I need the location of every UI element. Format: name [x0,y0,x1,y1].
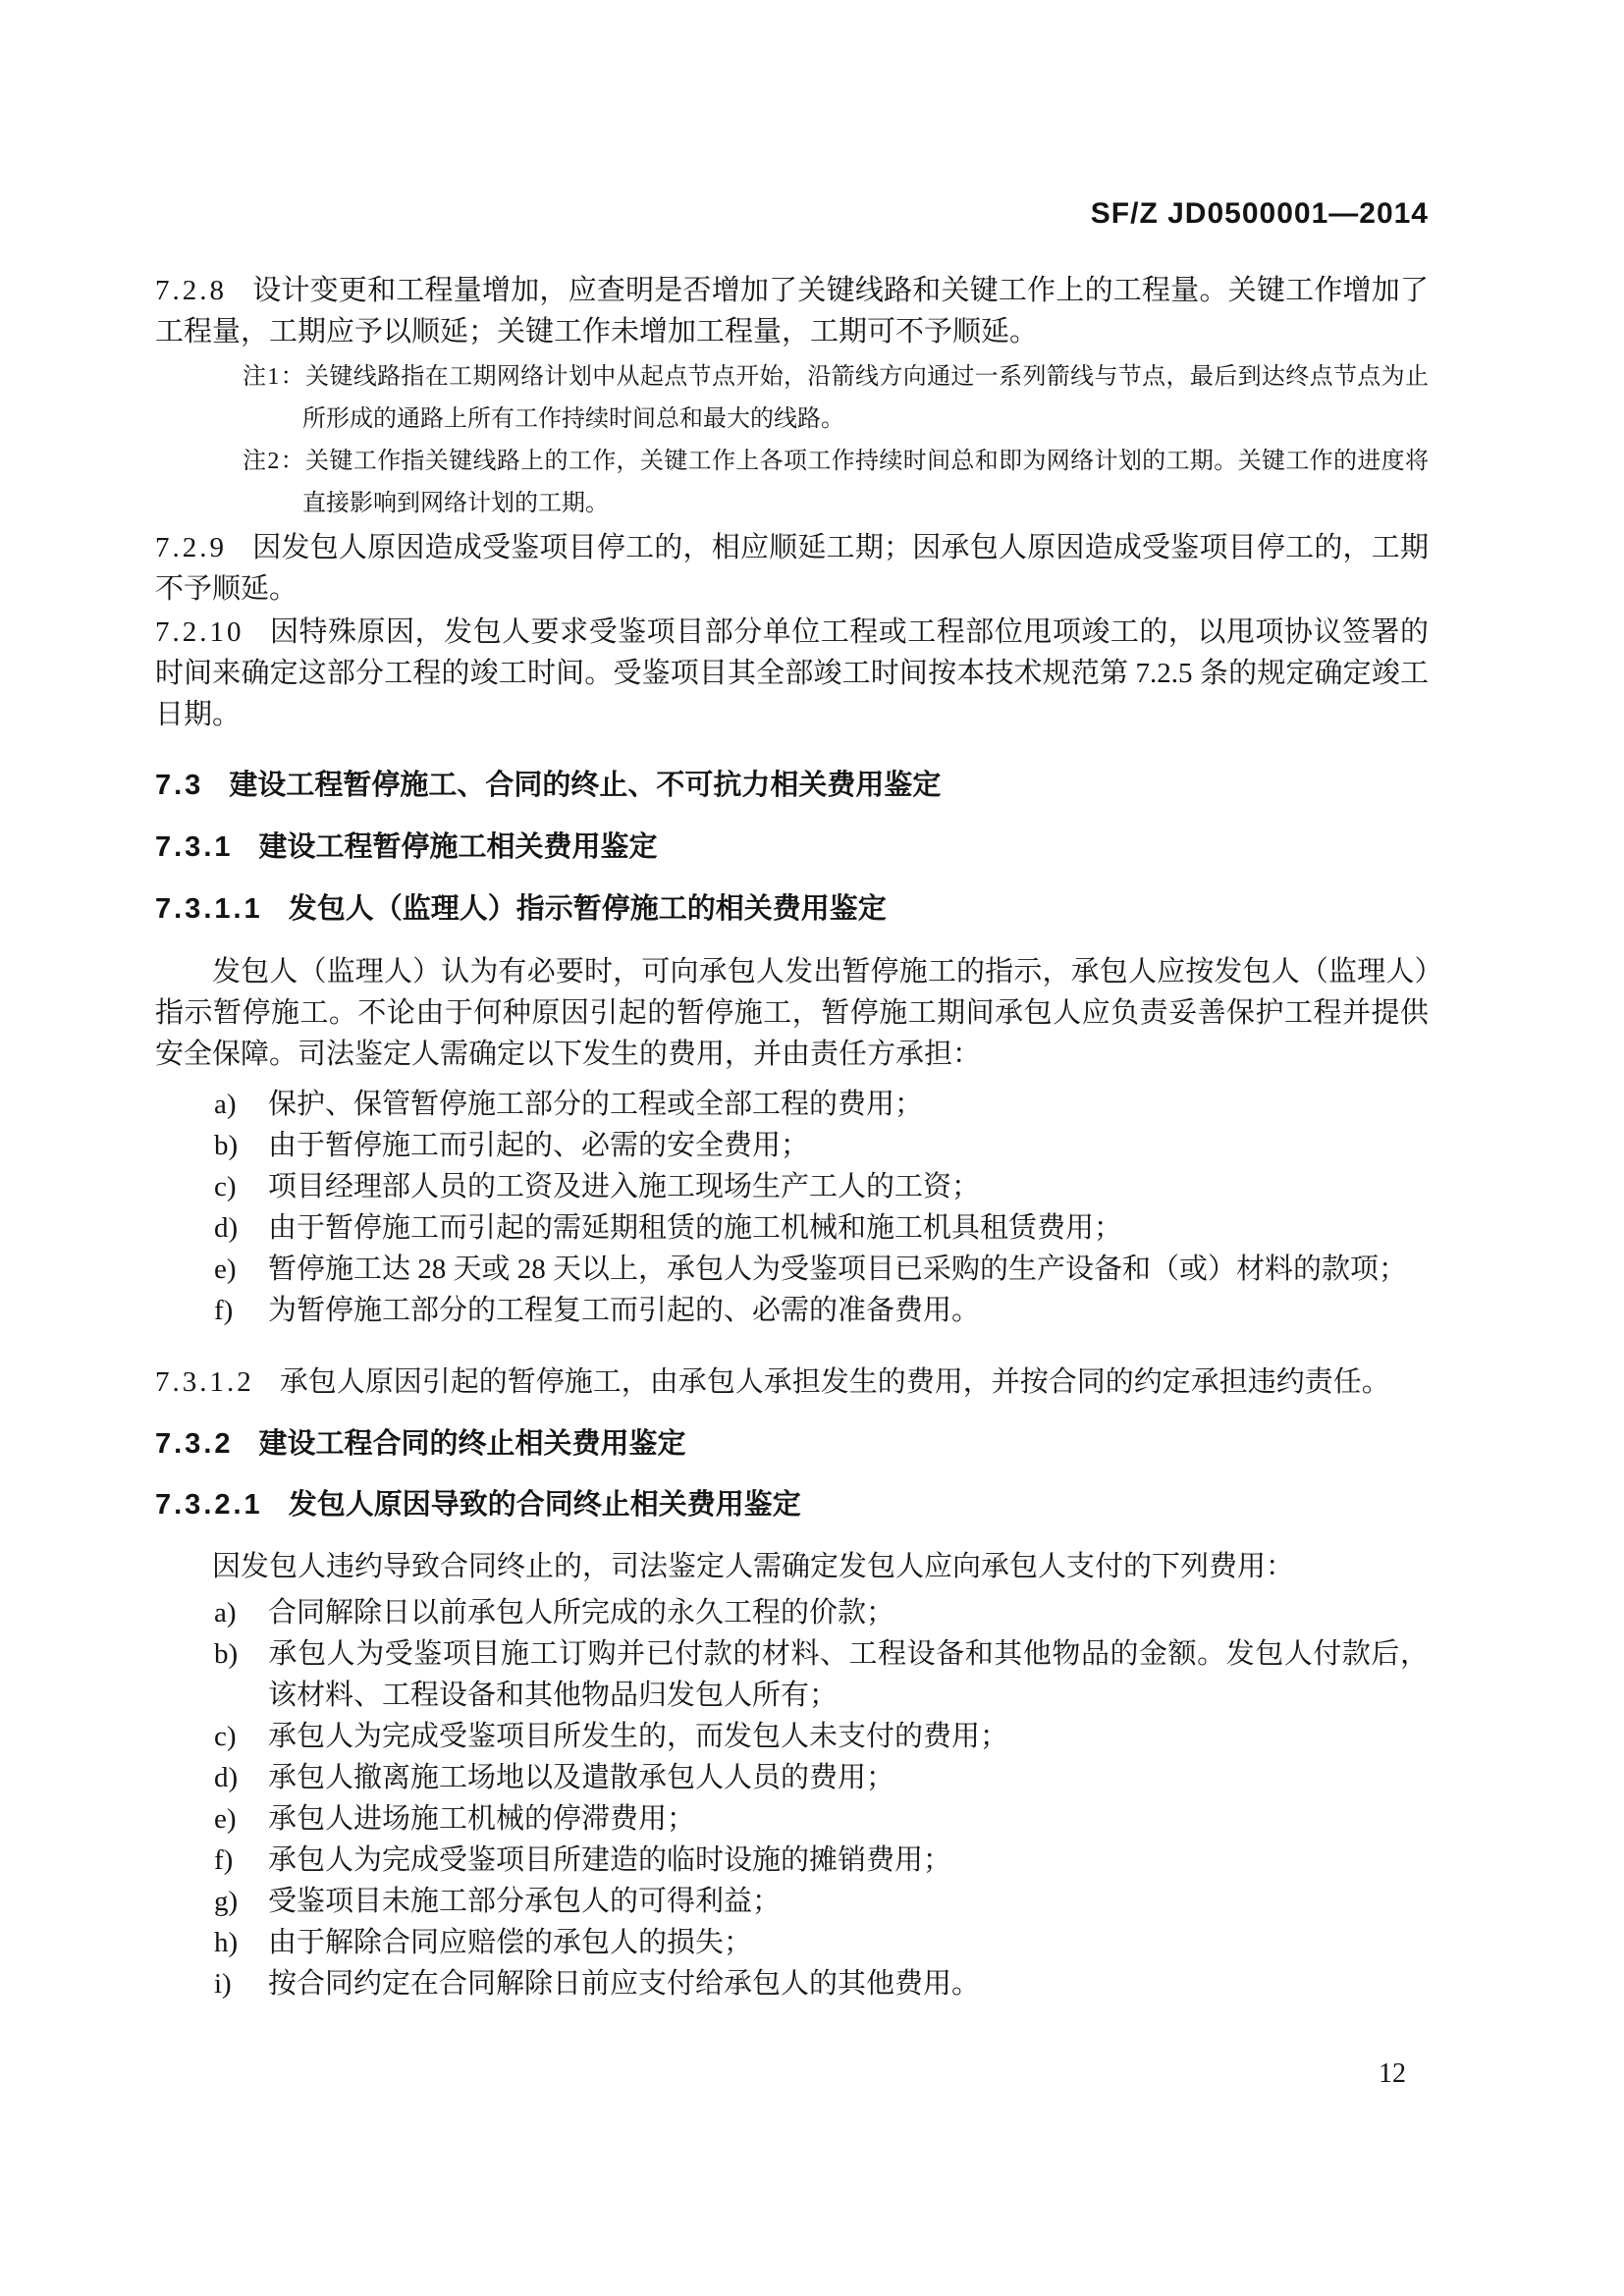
list-item-label: a) [214,1592,268,1633]
clause-number: 7.2.8 [155,275,227,306]
fee-list-termination: a)合同解除日以前承包人所完成的永久工程的价款； b)承包人为受鉴项目施工订购并… [155,1592,1429,2004]
heading-number: 7.3.2.1 [155,1489,263,1521]
paragraph-7-3-2-1: 因发包人违约导致合同终止的，司法鉴定人需确定发包人应向承包人支付的下列费用： [155,1546,1429,1587]
list-item: a)合同解除日以前承包人所完成的永久工程的价款； [155,1592,1429,1633]
list-item: b)由于暂停施工而引起的、必需的安全费用； [155,1125,1429,1166]
page-number: 12 [1363,2057,1422,2091]
list-item-label: d) [214,1207,268,1249]
list-item-text: 按合同约定在合同解除日前应支付给承包人的其他费用。 [268,1968,980,2000]
paragraph-7-3-1-1: 发包人（监理人）认为有必要时，可向承包人发出暂停施工的指示，承包人应按发包人（监… [155,951,1429,1075]
clause-7-2-9: 7.2.9因发包人原因造成受鉴项目停工的，相应顺延工期；因承包人原因造成受鉴项目… [155,527,1429,610]
list-item: c)承包人为完成受鉴项目所发生的，而发包人未支付的费用； [155,1716,1429,1757]
clause-text: 因特殊原因，发包人要求受鉴项目部分单位工程或工程部位甩项竣工的，以甩项协议签署的… [155,616,1429,730]
list-item-text: 项目经理部人员的工资及进入施工现场生产工人的工资； [268,1171,980,1202]
list-item-text: 受鉴项目未施工部分承包人的可得利益； [268,1886,781,1917]
note-2: 注2：关键工作指关键线路上的工作，关键工作上各项工作持续时间总和即为网络计划的工… [243,441,1429,525]
list-item: g)受鉴项目未施工部分承包人的可得利益； [155,1881,1429,1922]
list-item: e)承包人进场施工机械的停滞费用； [155,1798,1429,1840]
heading-title: 建设工程合同的终止相关费用鉴定 [259,1428,686,1460]
page-content: SF/Z JD0500001—2014 7.2.8设计变更和工程量增加，应查明是… [155,0,1429,2004]
list-item-text: 保护、保管暂停施工部分的工程或全部工程的费用； [268,1089,923,1120]
clause-7-2-10: 7.2.10因特殊原因，发包人要求受鉴项目部分单位工程或工程部位甩项竣工的，以甩… [155,612,1429,735]
list-item-label: g) [214,1881,268,1922]
heading-number: 7.3.2 [155,1428,234,1460]
list-item-text: 暂停施工达 28 天或 28 天以上，承包人为受鉴项目已采购的生产设备和（或）材… [268,1254,1407,1285]
list-item-text: 由于暂停施工而引起的需延期租赁的施工机械和施工机具租赁费用； [268,1212,1122,1244]
list-item: f)承包人为完成受鉴项目所建造的临时设施的摊销费用； [155,1840,1429,1881]
list-item-label: b) [214,1633,268,1675]
list-item-label: h) [214,1922,268,1963]
list-item-label: a) [214,1084,268,1125]
clause-7-3-1-2: 7.3.1.2承包人原因引起的暂停施工，由承包人承担发生的费用，并按合同的约定承… [155,1362,1429,1403]
clause-text: 设计变更和工程量增加，应查明是否增加了关键线路和关键工作上的工程量。关键工作增加… [155,275,1429,347]
list-item-label: b) [214,1125,268,1166]
list-item: d)由于暂停施工而引起的需延期租赁的施工机械和施工机具租赁费用； [155,1207,1429,1249]
heading-number: 7.3.1.1 [155,893,263,925]
list-item: i)按合同约定在合同解除日前应支付给承包人的其他费用。 [155,1963,1429,2004]
clause-7-2-8: 7.2.8设计变更和工程量增加，应查明是否增加了关键线路和关键工作上的工程量。关… [155,270,1429,352]
list-item-text: 承包人撤离施工场地以及遣散承包人人员的费用； [268,1762,894,1793]
list-item: b)承包人为受鉴项目施工订购并已付款的材料、工程设备和其他物品的金额。发包人付款… [155,1633,1429,1716]
list-item-label: d) [214,1757,268,1798]
list-item: c)项目经理部人员的工资及进入施工现场生产工人的工资； [155,1166,1429,1207]
heading-number: 7.3.1 [155,831,234,863]
list-item-label: e) [214,1798,268,1840]
list-item-text: 承包人进场施工机械的停滞费用； [268,1803,695,1835]
note-label: 注1： [243,364,305,390]
heading-number: 7.3 [155,770,203,801]
clause-text: 承包人原因引起的暂停施工，由承包人承担发生的费用，并按合同的约定承担违约责任。 [280,1366,1390,1398]
clause-text: 因发包人原因造成受鉴项目停工的，相应顺延工期；因承包人原因造成受鉴项目停工的，工… [155,532,1429,605]
list-item: e)暂停施工达 28 天或 28 天以上，承包人为受鉴项目已采购的生产设备和（或… [155,1249,1429,1290]
list-item: d)承包人撤离施工场地以及遣散承包人人员的费用； [155,1757,1429,1798]
heading-7-3: 7.3建设工程暂停施工、合同的终止、不可抗力相关费用鉴定 [155,765,1429,806]
list-item: h)由于解除合同应赔偿的承包人的损失； [155,1922,1429,1963]
list-item-label: c) [214,1166,268,1207]
list-item-label: i) [214,1963,268,2004]
clause-number: 7.2.10 [155,616,244,648]
list-item: f)为暂停施工部分的工程复工而引起的、必需的准备费用。 [155,1290,1429,1331]
heading-7-3-2-1: 7.3.2.1发包人原因导致的合同终止相关费用鉴定 [155,1484,1429,1525]
list-item-text: 为暂停施工部分的工程复工而引起的、必需的准备费用。 [268,1295,980,1326]
heading-title: 建设工程暂停施工相关费用鉴定 [259,831,658,863]
heading-title: 建设工程暂停施工、合同的终止、不可抗力相关费用鉴定 [229,770,941,801]
list-item-text: 合同解除日以前承包人所完成的永久工程的价款； [268,1597,894,1629]
note-text: 关键线路指在工期网络计划中从起点节点开始，沿箭线方向通过一系列箭线与节点，最后到… [302,364,1429,432]
fee-list-suspension: a)保护、保管暂停施工部分的工程或全部工程的费用； b)由于暂停施工而引起的、必… [155,1084,1429,1331]
list-item-label: e) [214,1249,268,1290]
list-item-text: 承包人为受鉴项目施工订购并已付款的材料、工程设备和其他物品的金额。发包人付款后，… [268,1638,1429,1711]
note-text: 关键工作指关键线路上的工作，关键工作上各项工作持续时间总和即为网络计划的工期。关… [302,449,1429,516]
note-1: 注1：关键线路指在工期网络计划中从起点节点开始，沿箭线方向通过一系列箭线与节点，… [243,356,1429,441]
list-item: a)保护、保管暂停施工部分的工程或全部工程的费用； [155,1084,1429,1125]
list-item-text: 承包人为完成受鉴项目所建造的临时设施的摊销费用； [268,1844,951,1876]
heading-7-3-1-1: 7.3.1.1发包人（监理人）指示暂停施工的相关费用鉴定 [155,888,1429,930]
heading-7-3-1: 7.3.1建设工程暂停施工相关费用鉴定 [155,827,1429,868]
heading-title: 发包人（监理人）指示暂停施工的相关费用鉴定 [289,893,887,925]
note-label: 注2： [243,449,305,474]
document-page: SF/Z JD0500001—2014 7.2.8设计变更和工程量增加，应查明是… [0,0,1624,2296]
list-item-text: 由于解除合同应赔偿的承包人的损失； [268,1927,752,1958]
list-item-label: c) [214,1716,268,1757]
list-item-text: 由于暂停施工而引起的、必需的安全费用； [268,1130,809,1161]
standard-code-header: SF/Z JD0500001—2014 [155,198,1429,230]
list-item-label: f) [214,1840,268,1881]
list-item-text: 承包人为完成受鉴项目所发生的，而发包人未支付的费用； [268,1721,1008,1752]
clause-number: 7.3.1.2 [155,1366,254,1398]
list-item-label: f) [214,1290,268,1331]
heading-7-3-2: 7.3.2建设工程合同的终止相关费用鉴定 [155,1423,1429,1465]
heading-title: 发包人原因导致的合同终止相关费用鉴定 [289,1489,801,1521]
clause-number: 7.2.9 [155,532,227,563]
